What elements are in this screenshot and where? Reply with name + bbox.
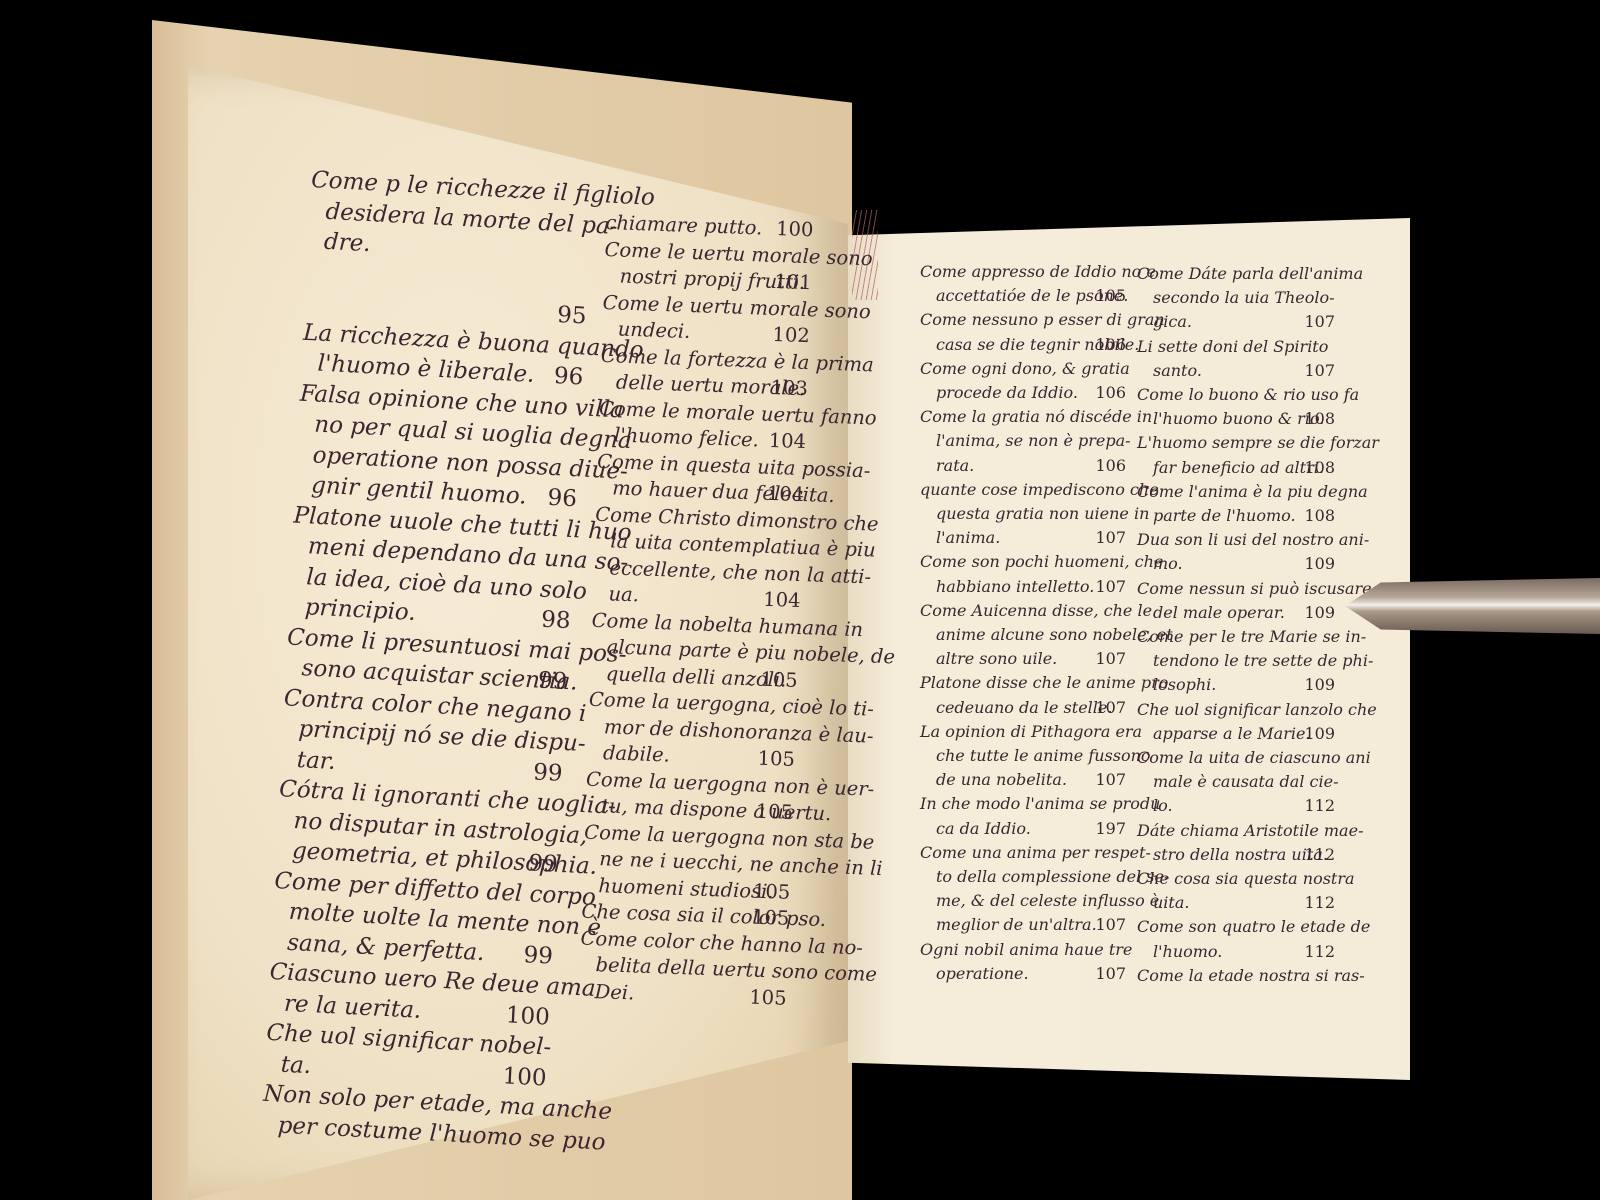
right-page-column-b: Come Dáte parla dell'animasecondo la uia… — [1137, 262, 1335, 988]
page-reference-number: 105 — [753, 878, 791, 906]
page-reference-number: 197 — [1095, 817, 1126, 841]
index-entry: Come ogni dono, & gratiaprocede da Iddio… — [920, 357, 1126, 405]
page-reference-number: 99 — [532, 757, 563, 789]
index-entry-line: secondo la uia Theolo- — [1137, 286, 1335, 310]
right-page-column-a: Come appresso de Iddio no eaccettatióe d… — [920, 260, 1126, 986]
index-entry: Come per diffetto del corpomolte uolte l… — [270, 866, 556, 972]
page-reference-number: 108 — [1304, 456, 1335, 480]
index-entry-line: Dua son li usi del nostro ani- — [1137, 528, 1335, 552]
page-reference-number: 104 — [766, 481, 804, 509]
page-reference-number: 100 — [776, 216, 814, 244]
index-entry-line: L'huomo sempre se die forzar — [1137, 431, 1335, 455]
page-reference-number: 99 — [523, 940, 554, 972]
index-entry: Cótra li ignoranti che uoglia-no disputa… — [275, 774, 561, 880]
index-entry-line: Come appresso de Iddio no e — [920, 260, 1126, 284]
page-reference-number: 107 — [1095, 575, 1126, 599]
index-entry: Come Christo dimonstro chela uita contem… — [592, 501, 804, 614]
index-entry: In che modo l'anima se produca da Iddio.… — [920, 792, 1126, 840]
page-reference-number: 96 — [553, 361, 584, 393]
index-entry-line: Come son quatro le etade de — [1137, 915, 1335, 939]
page-reference-number: 100 — [502, 1061, 547, 1094]
index-entry-line: Come la uita de ciascuno ani — [1137, 746, 1335, 770]
index-entry-line: quante cose impediscono che — [920, 478, 1126, 502]
page-reference-number: 107 — [1095, 647, 1126, 671]
page-reference-number: 109 — [1304, 601, 1335, 625]
index-entry-line: In che modo l'anima se produ — [920, 792, 1126, 816]
page-reference-number: 105 — [752, 905, 790, 933]
page-reference-number: 106 — [1095, 381, 1126, 405]
page-reference-number: 107 — [1095, 526, 1126, 550]
index-entry-line: Come la gratia nó discéde in — [920, 405, 1126, 429]
page-reference-number: 109 — [1304, 673, 1335, 697]
page-reference-number: 96 — [547, 483, 578, 515]
page-reference-number: 108 — [1304, 504, 1335, 528]
page-reference-number: 112 — [1304, 891, 1335, 915]
index-entry: Come son pochi huomeni, chehabbiano inte… — [920, 550, 1126, 598]
page-reference-number: 105 — [755, 799, 793, 827]
index-entry: Come l'anima è la piu degnaparte de l'hu… — [1137, 480, 1335, 528]
page-reference-number: 102 — [772, 322, 810, 350]
index-entry: Come le uertu morale sonoundeci.102 — [601, 289, 811, 349]
page-reference-number: 107 — [1095, 768, 1126, 792]
page-reference-number: 109 — [1304, 552, 1335, 576]
page-reference-number: 104 — [768, 428, 806, 456]
index-entry: Come la uergogna, cioè lo ti-mor de dish… — [587, 687, 798, 774]
left-page-column-b: chiamare putto.100Come le uertu morale s… — [578, 210, 814, 1012]
page-reference-number: 101 — [774, 269, 812, 297]
page-reference-number: 105 — [757, 746, 795, 774]
index-entry-line: Come lo buono & rio uso fa — [1137, 383, 1335, 407]
index-entry-line: Che uol significar lanzolo che — [1137, 698, 1335, 722]
index-entry-line: tendono le tre sette de phi- — [1137, 649, 1335, 673]
page-reference-number: 106 — [1095, 454, 1126, 478]
index-entry: Dua son li usi del nostro ani-mo.109 — [1137, 528, 1335, 576]
page-reference-number: 98 — [540, 605, 571, 637]
index-entry-line: me, & del celeste influsso è — [920, 889, 1126, 913]
index-entry: Ogni nobil anima haue treoperatione.107 — [920, 938, 1126, 986]
index-entry: Come la etade nostra si ras- — [1137, 964, 1335, 988]
index-entry: Falsa opinione che uno villano per qual … — [294, 378, 582, 515]
index-entry-line: Come Dáte parla dell'anima — [1137, 262, 1335, 286]
page-reference-number: 107 — [1095, 913, 1126, 937]
index-entry: Come son quatro le etade del'huomo.112 — [1137, 915, 1335, 963]
page-reference-number: 109 — [1304, 722, 1335, 746]
index-entry-line: Li sette doni del Spirito — [1137, 335, 1335, 359]
page-reference-number: 107 — [1095, 696, 1126, 720]
index-entry-line: Ogni nobil anima haue tre — [920, 938, 1126, 962]
index-entry-line: Come ogni dono, & gratia — [920, 357, 1126, 381]
index-entry-line: Come Auicenna disse, che le — [920, 599, 1126, 623]
page-reference-number: 106 — [1095, 333, 1126, 357]
index-entry-line: Dáte chiama Aristotile mae- — [1137, 819, 1335, 843]
index-entry: Come la nobelta humana inalcuna parte è … — [589, 607, 800, 694]
left-page-column-a: Come p le ricchezze il figliolodesidera … — [261, 165, 594, 1154]
index-entry-line: Come son pochi huomeni, che — [920, 550, 1126, 574]
index-entry: Come le uertu morale sononostri propij f… — [603, 236, 813, 296]
index-entry: Come la uita de ciascuno animale è causa… — [1137, 746, 1335, 819]
index-entry-line: l'anima, se non è prepa- — [920, 429, 1126, 453]
index-entry: L'huomo sempre se die forzarfar benefici… — [1137, 431, 1335, 479]
index-entry-line: Come per le tre Marie se in- — [1137, 625, 1335, 649]
page-reference-number: 105 — [760, 666, 798, 694]
index-entry: Come color che hanno la no-belita della … — [578, 925, 789, 1012]
index-entry: Come nessun si può iscusaredel male oper… — [1137, 577, 1335, 625]
index-entry: Come nessuno p esser di grancasa se die … — [920, 308, 1126, 356]
index-entry-line: male è causata dal cie- — [1137, 770, 1335, 794]
index-entry-line: che tutte le anime fussono — [920, 744, 1126, 768]
index-entry-line: questa gratia non uiene in — [920, 502, 1126, 526]
knife-blade-icon — [1345, 578, 1600, 634]
index-entry: Contra color che negano iprincipij nó se… — [280, 683, 566, 789]
index-entry-line: Come l'anima è la piu degna — [1137, 480, 1335, 504]
index-entry-line: to della complessione del se- — [920, 865, 1126, 889]
index-entry: La opinion di Pithagora erache tutte le … — [920, 720, 1126, 793]
index-entry: Platone uuole che tutti li huomeni depen… — [288, 500, 576, 637]
index-entry: Dáte chiama Aristotile mae-stro della no… — [1137, 819, 1335, 867]
page-reference-number: 99 — [537, 666, 568, 698]
page-reference-number: 107 — [1304, 310, 1335, 334]
page-reference-number: 103 — [770, 375, 808, 403]
page-reference-number: 112 — [1304, 794, 1335, 818]
index-entry-line: Che cosa sia questa nostra — [1137, 867, 1335, 891]
index-entry-line: Platone disse che le anime pro — [920, 671, 1126, 695]
index-entry-line: Come nessun si può iscusare — [1137, 577, 1335, 601]
index-entry: Come in questa uita possia-mo hauer dua … — [596, 448, 806, 508]
index-entry: Come le morale uertu fannol'huomo felice… — [598, 395, 808, 455]
index-entry: Li sette doni del Spiritosanto.107 — [1137, 335, 1335, 383]
index-entry: Come la fortezza è la primadelle uertu m… — [600, 342, 810, 402]
index-entry: Che uol significar lanzolo cheapparse a … — [1137, 698, 1335, 746]
index-entry: Come la uergogna non è uer-tu, ma dispon… — [585, 766, 795, 826]
index-entry-line: Come la etade nostra si ras- — [1137, 964, 1335, 988]
index-entry: Come appresso de Iddio no eaccettatióe d… — [920, 260, 1126, 308]
index-entry: Come la uergogna non sta bene ne i uecch… — [582, 819, 793, 906]
index-entry: Platone disse che le anime procedeuano d… — [920, 671, 1126, 719]
page-reference-number: 105 — [749, 984, 787, 1012]
page-reference-number: 107 — [1304, 359, 1335, 383]
index-entry: quante cose impediscono chequesta gratia… — [920, 478, 1126, 551]
index-entry-line: anime alcune sono nobele, et — [920, 623, 1126, 647]
page-reference-number: 112 — [1304, 843, 1335, 867]
index-entry: Come per le tre Marie se in-tendono le t… — [1137, 625, 1335, 698]
index-entry: Come lo buono & rio uso fal'huomo buono … — [1137, 383, 1335, 431]
index-entry: Come la gratia nó discéde inl'anima, se … — [920, 405, 1126, 478]
page-reference-number: 104 — [763, 587, 801, 615]
page-reference-number: 107 — [1095, 962, 1126, 986]
page-reference-number: 100 — [505, 1000, 550, 1033]
index-entry: Come una anima per respet-to della compl… — [920, 841, 1126, 938]
index-entry-line: Come una anima per respet- — [920, 841, 1126, 865]
page-reference-number: 108 — [1304, 407, 1335, 431]
index-entry: Come Dáte parla dell'animasecondo la uia… — [1137, 262, 1335, 335]
page-reference-number: 99 — [528, 848, 559, 880]
page-reference-number: 95 — [556, 300, 587, 332]
index-entry: Come p le ricchezze il figliolodesidera … — [307, 165, 593, 271]
index-entry-line: La opinion di Pithagora era — [920, 720, 1126, 744]
index-entry: Come Auicenna disse, che leanime alcune … — [920, 599, 1126, 672]
page-reference-number: 112 — [1304, 940, 1335, 964]
index-entry-line: Come nessuno p esser di gran — [920, 308, 1126, 332]
index-entry: Che cosa sia questa nostrauita.112 — [1137, 867, 1335, 915]
page-reference-number: 105 — [1095, 284, 1126, 308]
